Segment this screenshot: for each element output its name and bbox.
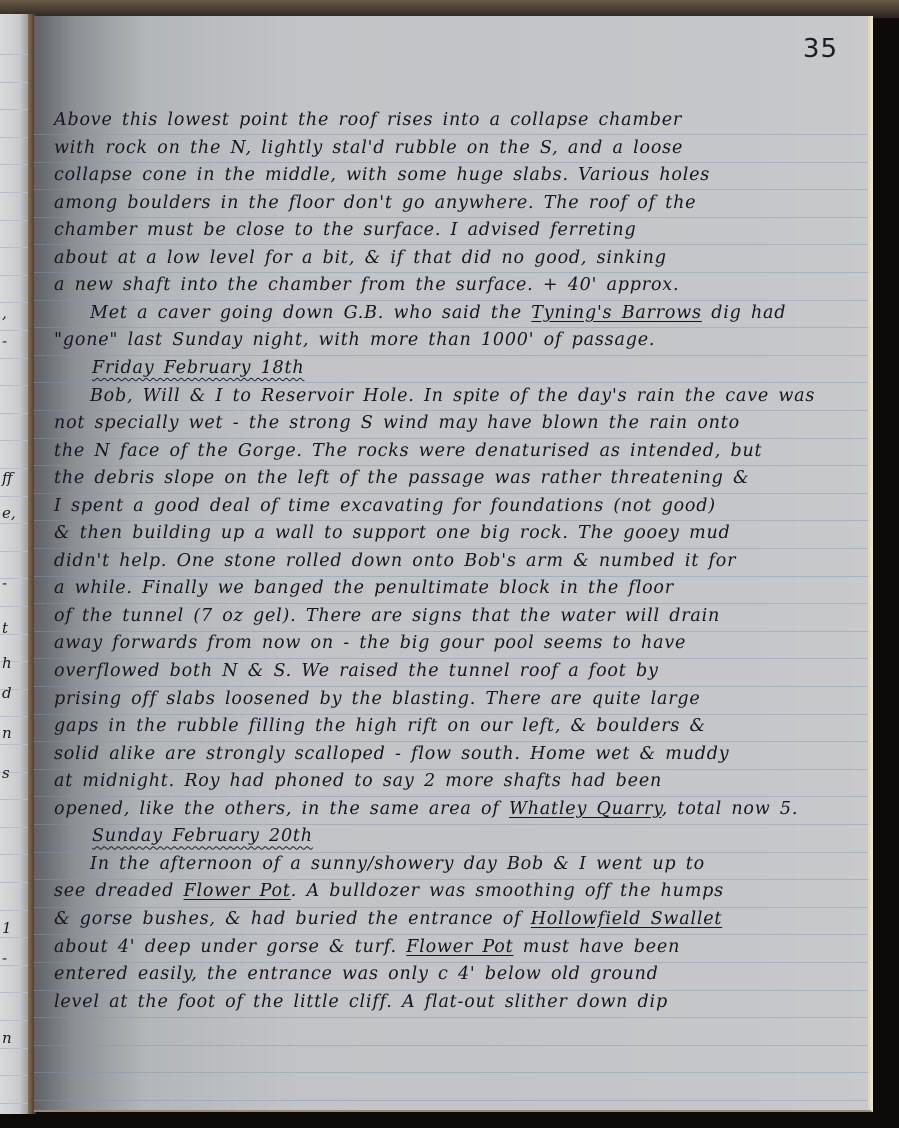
left-page-rule (0, 54, 28, 55)
left-page-rule (0, 744, 28, 745)
left-page-rule (0, 440, 28, 441)
left-page-rule (0, 413, 28, 414)
handwritten-line: level at the foot of the little cliff. A… (54, 988, 668, 1016)
left-page-fragment: - (2, 332, 7, 350)
left-page-fragment: ff (2, 469, 13, 487)
left-page-rule (0, 882, 28, 883)
handwritten-line: not specially wet - the strong S wind ma… (54, 409, 740, 437)
left-page-rule (0, 827, 28, 828)
handwritten-line: entered easily, the entrance was only c … (54, 960, 659, 988)
notebook-page: 35 Above this lowest point the roof rise… (34, 16, 873, 1112)
left-page-rule (0, 82, 28, 83)
left-page-rule (0, 937, 28, 938)
entry-date-heading: Sunday February 20th (54, 822, 313, 850)
handwritten-line: Met a caver going down G.B. who said the… (54, 299, 786, 327)
underlined-place-name: Hollowfield Swallet (531, 909, 722, 929)
left-page-rule (0, 496, 28, 497)
left-page-fragment: - (2, 949, 7, 967)
entry-date-heading: Friday February 18th (54, 354, 304, 382)
left-page-rule (0, 137, 28, 138)
left-page-rule (0, 330, 28, 331)
left-page-rule (0, 247, 28, 248)
left-page-fragment: e, (2, 504, 16, 522)
left-page-rule (0, 1075, 28, 1076)
left-page-rule (0, 523, 28, 524)
left-page-rule (0, 551, 28, 552)
left-page-rule (0, 992, 28, 993)
left-page-fragment: s (2, 764, 10, 782)
handwritten-line: didn't help. One stone rolled down onto … (54, 547, 736, 575)
left-page-rule (0, 606, 28, 607)
handwritten-line: & gorse bushes, & had buried the entranc… (54, 905, 722, 933)
handwritten-line: with rock on the N, lightly stal'd rubbl… (54, 134, 683, 162)
handwritten-line: Bob, Will & I to Reservoir Hole. In spit… (54, 382, 815, 410)
handwritten-line: chamber must be close to the surface. I … (54, 216, 636, 244)
left-page-rule (0, 192, 28, 193)
left-page-fragment: n (2, 724, 12, 742)
left-page-rule (0, 220, 28, 221)
handwritten-line: at midnight. Roy had phoned to say 2 mor… (54, 767, 662, 795)
left-page-rule (0, 164, 28, 165)
left-page-rule (0, 385, 28, 386)
date-heading-text: Friday February 18th (92, 358, 304, 378)
left-page-edge: ,-ffe,-thdns1-n (0, 14, 30, 1114)
underlined-place-name: Whatley Quarry (509, 799, 662, 819)
underlined-place-name: Flower Pot (184, 881, 291, 901)
underlined-place-name: Flower Pot (406, 937, 513, 957)
handwritten-line: gaps in the rubble filling the high rift… (54, 712, 706, 740)
handwritten-line: prising off slabs loosened by the blasti… (54, 685, 701, 713)
ruled-line (34, 1072, 870, 1073)
handwritten-line: about at a low level for a bit, & if tha… (54, 244, 667, 272)
left-page-fragment: 1 (2, 919, 12, 937)
handwritten-line: I spent a good deal of time excavating f… (54, 492, 716, 520)
handwritten-line: away forwards from now on - the big gour… (54, 629, 686, 657)
handwritten-line: Above this lowest point the roof rises i… (54, 106, 682, 134)
ruled-line (34, 1045, 870, 1046)
left-page-rule (0, 716, 28, 717)
handwritten-line: see dreaded Flower Pot. A bulldozer was … (54, 877, 724, 905)
left-page-rule (0, 1103, 28, 1104)
handwritten-line: solid alike are strongly scalloped - flo… (54, 740, 729, 768)
handwritten-line: In the afternoon of a sunny/showery day … (54, 850, 705, 878)
underlined-place-name: Tyning's Barrows (531, 303, 702, 323)
left-page-rule (0, 275, 28, 276)
handwritten-line: of the tunnel (7 oz gel). There are sign… (54, 602, 720, 630)
handwritten-line: "gone" last Sunday night, with more than… (54, 326, 655, 354)
left-page-fragment: h (2, 654, 12, 672)
handwritten-line: among boulders in the floor don't go any… (54, 189, 696, 217)
left-page-fragment: - (2, 574, 7, 592)
ruled-line (34, 1100, 870, 1101)
left-page-fragment: t (2, 619, 8, 637)
left-page-rule (0, 1048, 28, 1049)
ruled-line (34, 1017, 870, 1018)
handwritten-line: about 4' deep under gorse & turf. Flower… (54, 933, 680, 961)
handwritten-line: & then building up a wall to support one… (54, 519, 731, 547)
handwritten-line: opened, like the others, in the same are… (54, 795, 798, 823)
handwritten-line: a while. Finally we banged the penultima… (54, 574, 674, 602)
handwritten-line: the debris slope on the left of the pass… (54, 464, 749, 492)
left-page-rule (0, 854, 28, 855)
page-number: 35 (803, 34, 838, 64)
left-page-rule (0, 109, 28, 110)
date-heading-text: Sunday February 20th (92, 826, 313, 846)
left-page-rule (0, 358, 28, 359)
handwritten-line: a new shaft into the chamber from the su… (54, 271, 679, 299)
left-page-rule (0, 799, 28, 800)
handwritten-line: overflowed both N & S. We raised the tun… (54, 657, 659, 685)
left-page-fragment: d (2, 684, 12, 702)
left-page-fragment: n (2, 1029, 12, 1047)
handwritten-line: the N face of the Gorge. The rocks were … (54, 437, 762, 465)
left-page-rule (0, 1020, 28, 1021)
left-page-rule (0, 910, 28, 911)
handwritten-line: collapse cone in the middle, with some h… (54, 161, 710, 189)
left-page-fragment: , (2, 304, 7, 322)
